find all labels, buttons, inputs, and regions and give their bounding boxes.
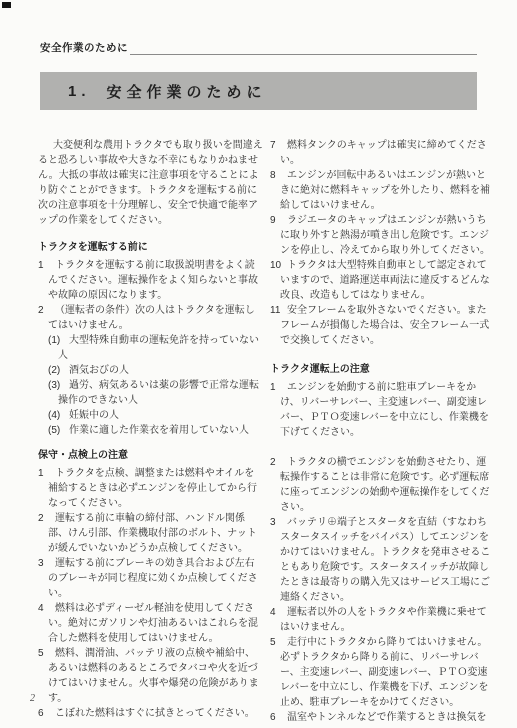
item-number: 5	[270, 635, 287, 650]
item-number: 4	[38, 601, 55, 616]
item-number: (2)	[48, 363, 69, 378]
page-number: 2	[30, 693, 35, 704]
list-item: 4運転者以外の人をトラクタや作業機に乗せてはいけません。	[270, 605, 491, 635]
item-text: トラクタを運転する前に取扱説明書をよく読んでください。運転操作をよく知らないと事…	[48, 260, 258, 301]
list-item: 3バッテリ⊕端子とスタータを直結（すなわちスタータスイッチをバイパス）してエンジ…	[270, 515, 491, 605]
item-number: 2	[38, 303, 55, 318]
item-text: 過労、病気あるいは薬の影響で正常な運転操作のできない人	[58, 380, 259, 406]
section-heading-before-driving: トラクタを運転する前に	[38, 240, 263, 255]
scan-corner-mark	[2, 2, 11, 8]
item-text: ラジエータのキャップはエンジンが熱いうちに取り外すと熱湯が噴き出し危険です。エン…	[280, 215, 490, 256]
chapter-number: 1.	[68, 83, 91, 100]
list-item: (5)作業に適した作業衣を着用していない人	[48, 423, 263, 438]
item-number: 2	[38, 511, 55, 526]
chapter-title: 安全作業のために	[107, 81, 267, 102]
list-item: (4)妊娠中の人	[48, 408, 263, 423]
section-heading-maintenance: 保守・点検上の注意	[38, 448, 263, 463]
item-text: 燃料タンクのキャップは確実に締めてください。	[280, 140, 487, 166]
item-text: 大型特殊自動車の運転免許を持っていない人	[58, 335, 259, 361]
item-number: 10	[270, 258, 287, 273]
list-item: 9ラジエータのキャップはエンジンが熱いうちに取り外すと熱湯が噴き出し危険です。エ…	[270, 213, 491, 258]
item-text: 運転する前にブレーキの効き具合および左右のブレーキが同じ程度に効くか点検してくだ…	[48, 558, 258, 599]
item-text: 燃料は必ずディーゼル軽油を使用してください。絶対にガソリンや灯油あるいはこれらを…	[48, 603, 258, 644]
chapter-title-bar: 1. 安全作業のために	[40, 72, 477, 110]
list-item: 1トラクタを点検、調整または燃料やオイルを補給するときは必ずエンジンを停止してか…	[38, 466, 263, 511]
item-number: 9	[270, 213, 287, 228]
list-item: 5燃料、潤滑油、バッテリ液の点検や補給中、あるいは燃料のあるところでタバコや火を…	[38, 646, 263, 706]
item-text: 妊娠中の人	[69, 410, 119, 421]
list-item: 1トラクタを運転する前に取扱説明書をよく読んでください。運転操作をよく知らないと…	[38, 258, 263, 303]
item-text: 温室やトンネルなどで作業するときは換気を	[287, 712, 487, 723]
item-text: バッテリ⊕端子とスタータを直結（すなわちスタータスイッチをバイパス）してエンジン…	[280, 517, 490, 603]
item-number: (1)	[48, 333, 69, 348]
running-header: 安全作業のために	[40, 40, 477, 55]
item-number: 3	[270, 515, 287, 530]
right-column: 7燃料タンクのキャップは確実に締めてください。8エンジンが回転中あるいはエンジン…	[270, 138, 491, 725]
list-item: 11安全フレームを取外さないでください。またフレームが損傷した場合は、安全フレー…	[270, 303, 491, 348]
item-number: (5)	[48, 423, 69, 438]
list-item: 10トラクタは大型特殊自動車として認定されていますので、道路運送車両法に違反する…	[270, 258, 491, 303]
driving-list: 1エンジンを始動する前に駐車ブレーキをかけ、リバーサレバー、主変速レバー、副変速…	[270, 380, 491, 725]
item-text: 走行中にトラクタから降りてはいけません。必ずトラクタから降りる前に、リバーサレバ…	[280, 637, 488, 708]
item-number: (3)	[48, 378, 69, 393]
header-rule	[130, 53, 477, 55]
maintenance-list-continued: 7燃料タンクのキャップは確実に締めてください。8エンジンが回転中あるいはエンジン…	[270, 138, 491, 348]
item-text: トラクタの横でエンジンを始動させたり、運転操作することは非常に危険です。必ず運転…	[280, 457, 490, 513]
left-column: 大変便利な農用トラクタでも取り扱いを間違えると恐ろしい事故や大きな不幸にもなりか…	[38, 138, 263, 721]
item-text: エンジンが回転中あるいはエンジンが熱いときに絶対に燃料キャップを外したり、燃料を…	[280, 170, 490, 211]
list-item: 4燃料は必ずディーゼル軽油を使用してください。絶対にガソリンや灯油あるいはこれら…	[38, 601, 263, 646]
item-number: 7	[270, 138, 287, 153]
list-item: 5走行中にトラクタから降りてはいけません。必ずトラクタから降りる前に、リバーサレ…	[270, 635, 491, 710]
list-item: 1エンジンを始動する前に駐車ブレーキをかけ、リバーサレバー、主変速レバー、副変速…	[270, 380, 491, 440]
before-driving-list: 1トラクタを運転する前に取扱説明書をよく読んでください。運転操作をよく知らないと…	[38, 258, 263, 438]
item-text: （運転者の条件）次の人はトラクタを運転してはいけません。	[48, 305, 255, 331]
list-item: 2トラクタの横でエンジンを始動させたり、運転操作することは非常に危険です。必ず運…	[270, 455, 491, 515]
list-item: (2)酒気おびの人	[48, 363, 263, 378]
manual-page: 安全作業のために 1. 安全作業のために 大変便利な農用トラクタでも取り扱いを間…	[0, 0, 517, 728]
item-text: 作業に適した作業衣を着用していない人	[69, 425, 249, 436]
intro-paragraph: 大変便利な農用トラクタでも取り扱いを間違えると恐ろしい事故や大きな不幸にもなりか…	[38, 138, 263, 228]
maintenance-list: 1トラクタを点検、調整または燃料やオイルを補給するときは必ずエンジンを停止してか…	[38, 466, 263, 721]
list-item: (3)過労、病気あるいは薬の影響で正常な運転操作のできない人	[48, 378, 263, 408]
item-text: 燃料、潤滑油、バッテリ液の点検や補給中、あるいは燃料のあるところでタバコや火を近…	[48, 648, 259, 704]
item-number: 11	[270, 303, 287, 318]
item-number: 8	[270, 168, 287, 183]
item-text: 酒気おびの人	[69, 365, 129, 376]
section-heading-driving: トラクタ運転上の注意	[270, 362, 491, 377]
item-text: トラクタは大型特殊自動車として認定されていますので、道路運送車両法に違反するどん…	[280, 260, 490, 301]
item-number: 3	[38, 556, 55, 571]
list-item: 3運転する前にブレーキの効き具合および左右のブレーキが同じ程度に効くか点検してく…	[38, 556, 263, 601]
list-item: 2運転する前に車輪の締付部、ハンドル関係部、けん引部、作業機取付部のボルト、ナッ…	[38, 511, 263, 556]
list-item: 8エンジンが回転中あるいはエンジンが熱いときに絶対に燃料キャップを外したり、燃料…	[270, 168, 491, 213]
item-text: エンジンを始動する前に駐車ブレーキをかけ、リバーサレバー、主変速レバー、副変速レ…	[280, 382, 489, 438]
item-number: 4	[270, 605, 287, 620]
item-text: トラクタを点検、調整または燃料やオイルを補給するときは必ずエンジンを停止してから…	[48, 468, 257, 509]
list-item: 6温室やトンネルなどで作業するときは換気を	[270, 710, 491, 725]
item-text: 運転する前に車輪の締付部、ハンドル関係部、けん引部、作業機取付部のボルト、ナット…	[48, 513, 257, 554]
running-header-text: 安全作業のために	[40, 40, 128, 55]
item-number: 1	[38, 258, 55, 273]
item-text: こぼれた燃料はすぐに拭きとってください。	[55, 708, 255, 719]
item-number: 1	[270, 380, 287, 395]
item-number: (4)	[48, 408, 69, 423]
list-item: (1)大型特殊自動車の運転免許を持っていない人	[48, 333, 263, 363]
item-text: 安全フレームを取外さないでください。またフレームが損傷した場合は、安全フレーム一…	[280, 305, 489, 346]
item-number: 6	[270, 710, 287, 725]
list-item: 6こぼれた燃料はすぐに拭きとってください。	[38, 706, 263, 721]
item-number: 5	[38, 646, 55, 661]
item-number: 2	[270, 455, 287, 470]
item-text: 運転者以外の人をトラクタや作業機に乗せてはいけません。	[280, 607, 487, 633]
list-item: 7燃料タンクのキャップは確実に締めてください。	[270, 138, 491, 168]
item-number: 6	[38, 706, 55, 721]
item-number: 1	[38, 466, 55, 481]
list-item: 2（運転者の条件）次の人はトラクタを運転してはいけません。	[38, 303, 263, 333]
